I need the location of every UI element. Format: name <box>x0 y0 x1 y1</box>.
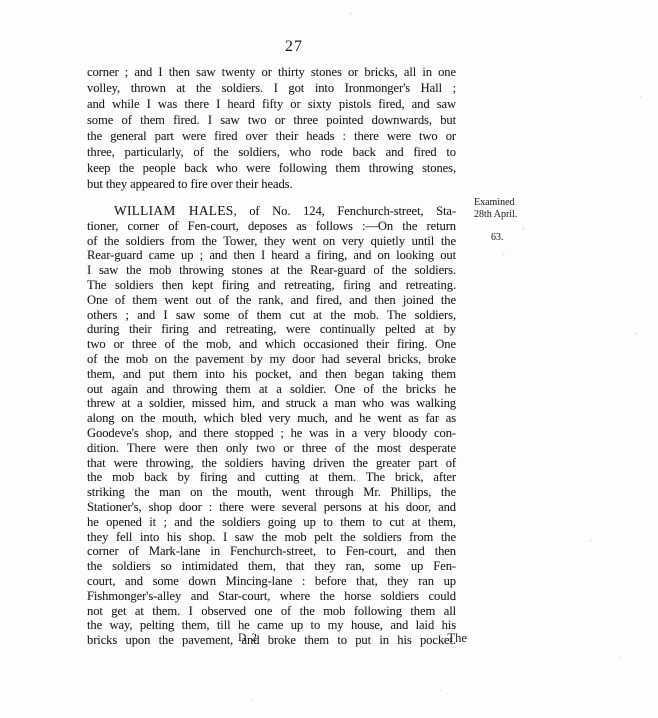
text-line: two or three of the mob, and which occas… <box>87 337 456 352</box>
text-line: and while I was there I heard fifty or s… <box>87 96 456 112</box>
margin-note: Examined 28th April. 63. <box>474 197 544 244</box>
text-line: others ; and I saw some of them cut at t… <box>87 308 456 323</box>
text-line: corner of Mark-lane in Fenchurch-street,… <box>87 544 456 559</box>
document-page: 27 corner ; and I then saw twenty or thi… <box>0 0 658 718</box>
text-line: three, particularly, of the soldiers, wh… <box>87 144 456 160</box>
text-line: dition. There were then only two or thre… <box>87 441 456 456</box>
text-line: the mob back by firing and cutting at th… <box>87 470 456 485</box>
text-line: out again and throwing them at a soldier… <box>87 382 456 397</box>
printer-signature-mark: D 2 <box>238 632 258 644</box>
text-line: tioner, corner of Fen-court, deposes as … <box>87 219 456 234</box>
text-line: he opened it ; and the soldiers going up… <box>87 515 456 530</box>
text-line: of the mob on the pavement by my door ha… <box>87 352 456 367</box>
text-line: along on the mouth, which bled very much… <box>87 411 456 426</box>
margin-note-line-2: 28th April. <box>474 209 544 221</box>
text-line: corner ; and I then saw twenty or thirty… <box>87 64 456 80</box>
text-line: court, and some down Mincing-lane : befo… <box>87 574 456 589</box>
text-block: corner ; and I then saw twenty or thirty… <box>87 64 456 648</box>
text-line: not get at them. I observed one of the m… <box>87 604 456 619</box>
text-line: but they appeared to fire over their hea… <box>87 176 456 192</box>
paragraph: corner ; and I then saw twenty or thirty… <box>87 64 456 192</box>
text-line: them, and put them into his pocket, and … <box>87 367 456 382</box>
text-line: striking the man on the mouth, went thro… <box>87 485 456 500</box>
text-line: Goodeve's shop, and there stopped ; he w… <box>87 426 456 441</box>
text-line: volley, thrown at the soldiers. I got in… <box>87 80 456 96</box>
text-line: One of them went out of the rank, and fi… <box>87 293 456 308</box>
catchword: The <box>447 631 467 646</box>
text-line: that were throwing, the soldiers having … <box>87 456 456 471</box>
page-number: 27 <box>87 38 457 56</box>
deponent-name: WILLIAM HALES <box>114 203 234 218</box>
margin-reference-number: 63. <box>474 232 544 244</box>
text-line: WILLIAM HALES, of No. 124, Fenchurch-str… <box>87 204 456 219</box>
text-line: threw at a soldier, missed him, and stru… <box>87 396 456 411</box>
text-line: The soldiers then kept firing and retrea… <box>87 278 456 293</box>
text-line: the general part were fired over their h… <box>87 128 456 144</box>
footer-line: D 2 The <box>87 631 459 647</box>
paragraph: WILLIAM HALES, of No. 124, Fenchurch-str… <box>87 204 456 648</box>
text-line: some of them fired. I saw two or three p… <box>87 112 456 128</box>
text-line: the soldiers so intimidated them, that t… <box>87 559 456 574</box>
text-line: during their firing and retreating, were… <box>87 322 456 337</box>
text-line: I saw the mob throwing stones at the Rea… <box>87 263 456 278</box>
text-line: Fishmonger's-alley and Star-court, where… <box>87 589 456 604</box>
text-line: of the soldiers from the Tower, they wen… <box>87 234 456 249</box>
scan-noise-specks <box>0 0 1 1</box>
text-line: Stationer's, shop door : there were seve… <box>87 500 456 515</box>
text-line: they fell into his shop. I saw the mob p… <box>87 530 456 545</box>
margin-note-line-1: Examined <box>474 197 544 209</box>
text-segment: , of No. 124, Fenchurch-street, Sta- <box>234 204 457 218</box>
text-line: Rear-guard came up ; and then I heard a … <box>87 248 456 263</box>
text-line: keep the people back who were following … <box>87 160 456 176</box>
